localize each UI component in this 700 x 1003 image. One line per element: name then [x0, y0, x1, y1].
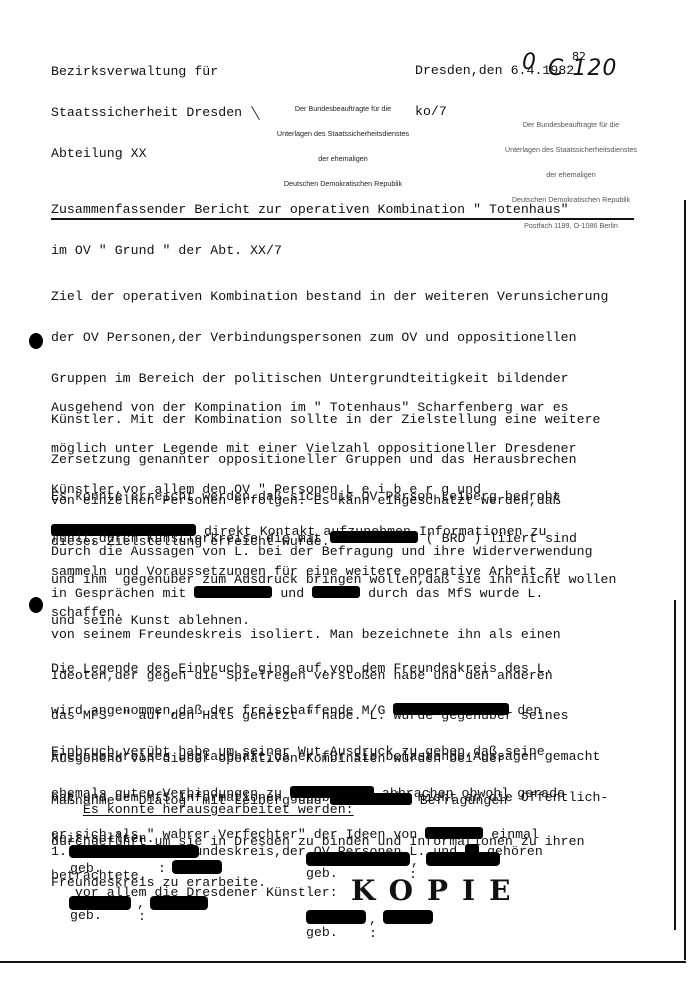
- separator: :: [158, 862, 166, 876]
- handwritten-superscript: 82: [572, 50, 586, 63]
- redaction: [194, 586, 272, 598]
- text-line: Ausgehend von der Kompination im " Toten…: [51, 401, 577, 415]
- redaction-date: [172, 860, 222, 874]
- separator: :: [138, 910, 146, 924]
- sender-line: Staatssicherheit Dresden: [51, 106, 242, 120]
- text-span: Befragungen: [412, 793, 508, 808]
- stamp-line: Unterlagen des Staatssicherheitsdienstes: [478, 146, 664, 154]
- text-line: Durch die Aussagen von L. bei der Befrag…: [51, 545, 608, 559]
- handwritten-zero: 0: [522, 50, 536, 75]
- document-page: Bezirksverwaltung für Staatssicherheit D…: [0, 0, 700, 1003]
- text-line: der OV Personen,der Verbindungspersonen …: [51, 331, 608, 345]
- comma: ,: [369, 913, 377, 927]
- stamp-line: Unterlagen des Staatssicherheitsdienstes: [248, 130, 438, 138]
- redaction-name: [306, 852, 410, 866]
- heading-text: Es konnte herausgearbeitet werden:: [83, 802, 354, 817]
- redaction-name: [69, 845, 199, 858]
- punch-hole-mark: [29, 333, 43, 349]
- copy-stamp: KOPIE: [351, 874, 524, 907]
- redaction: [312, 586, 360, 598]
- stamp-line: der ehemaligen: [248, 155, 438, 163]
- text-line: möglich unter Legende mit einer Vielzahl…: [51, 442, 577, 456]
- subject-line: im OV " Grund " der Abt. XX/7: [51, 244, 569, 258]
- scan-edge-outer: [684, 200, 686, 960]
- sender-line: Bezirksverwaltung für: [51, 65, 242, 79]
- born-label: geb.: [306, 926, 338, 940]
- born-label: geb.: [306, 867, 338, 881]
- redaction-name: [306, 910, 366, 924]
- redaction-name: [383, 910, 433, 924]
- sender-line: Abteilung XX: [51, 147, 242, 161]
- stamp-line: Der Bundesbeauftragte für die: [248, 105, 438, 113]
- separator: :: [369, 927, 377, 941]
- text-line: Die Legende des Einbruchs ging auf,von d…: [51, 662, 565, 676]
- text-span: den: [509, 703, 541, 718]
- text-line: Ziel der operativen Kombination bestand …: [51, 290, 608, 304]
- born-label: geb.: [70, 909, 102, 923]
- text-line: Es konnte erreicht werden,daß sich die O…: [51, 490, 616, 504]
- stamp-line: Der Bundesbeauftragte für die: [478, 121, 664, 129]
- list-item-1: 1. Zum engerem Freundeskreis,der OV Pers…: [51, 817, 543, 927]
- text-line: Ausgehend von dieser operativen Kombinat…: [51, 752, 585, 766]
- redaction: [393, 703, 509, 715]
- redaction-name: [150, 896, 208, 910]
- text-span: wird angenommen,daß der freischaffende M…: [51, 703, 393, 718]
- text-span: durch das MfS wurde L.: [360, 586, 543, 601]
- scan-edge-bottom: [0, 961, 686, 963]
- punch-hole-mark: [29, 597, 43, 613]
- born-label: geb.: [70, 862, 102, 876]
- text-span: und: [272, 586, 312, 601]
- sender-block: Bezirksverwaltung für Staatssicherheit D…: [51, 38, 242, 188]
- scan-edge-right: [674, 600, 676, 930]
- text-span: in Gesprächen mit: [51, 586, 194, 601]
- subject-divider: [51, 218, 634, 220]
- subject-line: Zusammenfassender Bericht zur operativen…: [51, 203, 569, 217]
- text-line: wird angenommen,daß der freischaffende M…: [51, 703, 565, 718]
- text-line: in Gesprächen mit und durch das MfS wurd…: [51, 586, 608, 601]
- redaction-name: [426, 852, 500, 866]
